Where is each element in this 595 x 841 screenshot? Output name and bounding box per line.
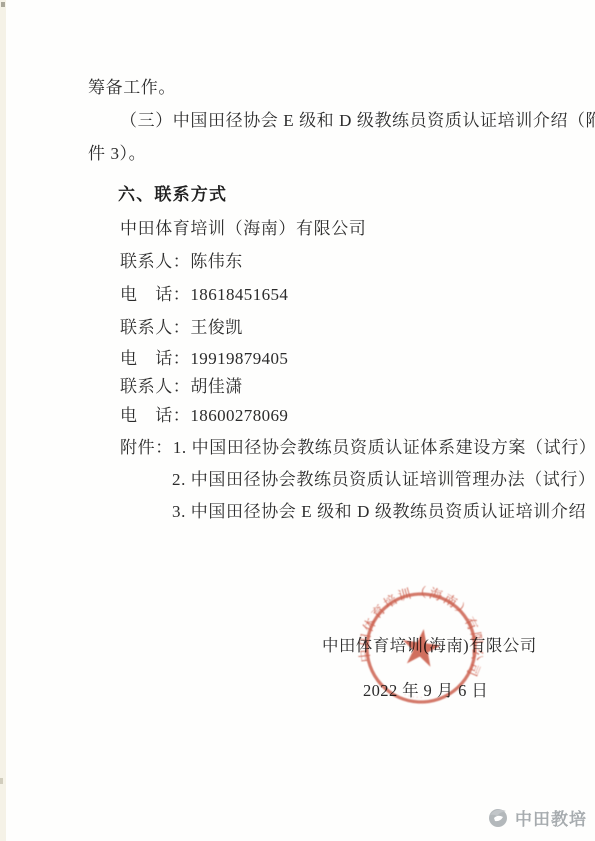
seal-star-icon: ★ bbox=[395, 617, 447, 679]
phone-label: 电 话： bbox=[120, 406, 190, 425]
phone-value: 18618451654 bbox=[190, 285, 288, 304]
phone-line: 电 话：18618451654 bbox=[120, 280, 288, 305]
watermark: 中田教培 bbox=[486, 803, 587, 831]
scan-artifact bbox=[1, 2, 5, 7]
attachments-line-1: 附件：1. 中国田径协会教练员资质认证体系建设方案（试行） bbox=[120, 433, 595, 458]
contact-label: 联系人： bbox=[120, 252, 190, 271]
zhongtian-logo-icon bbox=[486, 805, 510, 829]
contact-value: 陈伟东 bbox=[190, 252, 242, 271]
phone-value: 19919879405 bbox=[190, 349, 288, 368]
contact-label: 联系人： bbox=[120, 318, 190, 337]
scan-artifact bbox=[0, 778, 3, 784]
scan-edge-strip bbox=[0, 0, 6, 841]
company-name-line: 中田体育培训（海南）有限公司 bbox=[120, 214, 366, 239]
paragraph-item3-line1: （三）中国田径协会 E 级和 D 级教练员资质认证培训介绍（附 bbox=[120, 106, 595, 131]
phone-label: 电 话： bbox=[120, 349, 190, 368]
phone-line: 电 话：18600278069 bbox=[120, 401, 288, 426]
section-heading: 六、联系方式 bbox=[118, 180, 227, 205]
contact-value: 王俊凯 bbox=[190, 318, 242, 337]
document-page: 筹备工作。 （三）中国田径协会 E 级和 D 级教练员资质认证培训介绍（附 件 … bbox=[0, 0, 595, 841]
attachments-label: 附件： bbox=[120, 438, 173, 457]
phone-label: 电 话： bbox=[120, 285, 190, 304]
attachment-item: 2. 中国田径协会教练员资质认证培训管理办法（试行） bbox=[172, 465, 595, 490]
contact-value: 胡佳潇 bbox=[190, 377, 242, 396]
contact-line: 联系人：胡佳潇 bbox=[120, 372, 243, 397]
contact-line: 联系人：陈伟东 bbox=[120, 247, 243, 272]
phone-line: 电 话：19919879405 bbox=[120, 344, 288, 369]
watermark-text: 中田教培 bbox=[515, 805, 587, 830]
paragraph-item3-line2: 件 3）。 bbox=[88, 139, 146, 164]
phone-value: 18600278069 bbox=[190, 406, 288, 425]
attachment-item: 3. 中国田径协会 E 级和 D 级教练员资质认证培训介绍 bbox=[172, 497, 586, 522]
paragraph-continuation: 筹备工作。 bbox=[88, 73, 176, 98]
company-seal: 中田体育培训（海南）有限公司 ★ ····· bbox=[346, 573, 495, 722]
contact-label: 联系人： bbox=[120, 377, 190, 396]
attachment-item: 1. 中国田径协会教练员资质认证体系建设方案（试行） bbox=[173, 438, 595, 457]
contact-line: 联系人：王俊凯 bbox=[120, 313, 243, 338]
